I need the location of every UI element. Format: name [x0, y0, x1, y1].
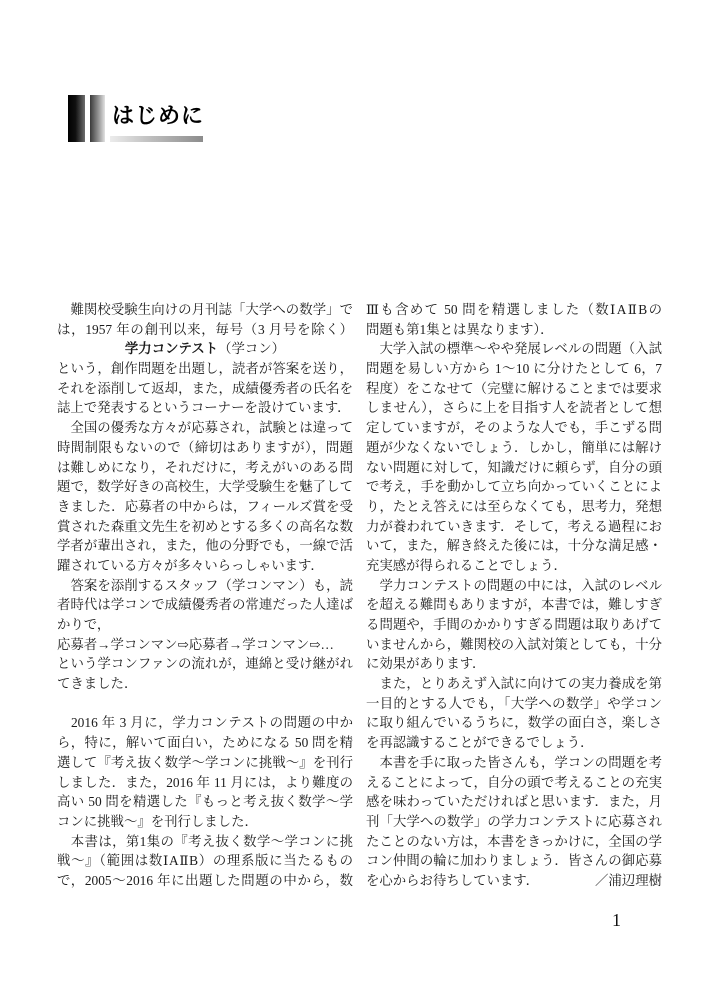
text-line: たことのない方は，本書をきっかけに，全国の学 — [366, 832, 662, 852]
text-line: 学力コンテスト（学コン） — [57, 339, 353, 359]
text-line: コン仲間の輪に加わりましょう．皆さんの御応募 — [366, 851, 662, 871]
text-line: 本書は，第1集の『考え抜く数学〜学コンに挑 — [57, 832, 353, 852]
text-column-right: Ⅲも含めて 50 問を精選しました（数ⅠAⅡBの問題も第1集とは異なります）． … — [366, 300, 662, 891]
text-line: 程度）をこなせて（完璧に解けることまでは要求 — [366, 379, 662, 399]
text-line: ら，特に，解いて面白い，ためになる 50 問を精 — [57, 733, 353, 753]
text-line: 賞された森重文先生を初めとする多くの高名な数 — [57, 517, 353, 537]
text-line: 刊「大学への数学」の学力コンテストに応募され — [366, 812, 662, 832]
text-line: は，1957 年の創刊以来，毎号（3 月号を除く） — [57, 320, 353, 340]
text-line: ない問題に対して，知識だけに頼らず，自分の頭 — [366, 458, 662, 478]
text-line: 力が養われていきます．そして，考える過程にお — [366, 517, 662, 537]
text-line: 戦〜』（範囲は数ⅠAⅡB）の理系版に当たるもの — [57, 851, 353, 871]
text-line: る問題や，手間のかかりすぎる問題は取りあげて — [366, 615, 662, 635]
text-line: きました．応募者の中からは，フィールズ賞を受 — [57, 497, 353, 517]
text-line: 時間制限もないので（締切はありますが），問題 — [57, 438, 353, 458]
text-line: 問題も第1集とは異なります）． — [366, 320, 662, 340]
text-line: 選して『考え抜く数学〜学コンに挑戦〜』を刊行 — [57, 753, 353, 773]
text-column-left: 難関校受験生向けの月刊誌「大学への数学」では，1957 年の創刊以来，毎号（3 … — [57, 300, 353, 891]
text-line: それを添削して返却，また，成績優秀者の氏名を — [57, 379, 353, 399]
text-line: という，創作問題を出題し，読者が答案を送り， — [57, 359, 353, 379]
closing-sentence: を心からお待ちしています． — [366, 871, 539, 891]
text-line: 学者が輩出され，また，他の分野でも，一線で活 — [57, 536, 353, 556]
text-line: は難しめになり，それだけに，考えがいのある問 — [57, 458, 353, 478]
text-line: いて，また，解き終えた後には，十分な満足感・ — [366, 536, 662, 556]
text-line: 2016 年 3 月に，学力コンテストの問題の中か — [57, 713, 353, 733]
text-line: えることによって，自分の頭で考えることの充実 — [366, 773, 662, 793]
text-line: 感を味わっていただければと思います．また，月 — [366, 792, 662, 812]
text-line: 題が少なくないでしょう．しかし，簡単には解け — [366, 438, 662, 458]
text-line: また，とりあえず入試に向けての実力養成を第 — [366, 674, 662, 694]
text-line: で考え，手を動かして立ち向かっていくことによ — [366, 477, 662, 497]
text-line: 一目的とする人でも，「大学への数学」や学コン — [366, 694, 662, 714]
header-accent-bar-dark — [68, 95, 85, 142]
text-line — [57, 694, 353, 714]
text-line: を超える難問もありますが，本書では，難しすぎ — [366, 595, 662, 615]
text-line: を心からお待ちしています．／浦辺理樹 — [366, 871, 662, 891]
text-line: 題で，数学好きの高校生，大学受験生を魅了して — [57, 477, 353, 497]
text-line: 高い 50 問を精選した『もっと考え抜く数学〜学 — [57, 792, 353, 812]
text-line: 者時代は学コンで成績優秀者の常連だった人達ば — [57, 595, 353, 615]
text-line: で，2005〜2016 年に出題した問題の中から，数 — [57, 871, 353, 891]
page-number: 1 — [612, 911, 621, 929]
text-line: 躍されている方々が多々いらっしゃいます． — [57, 556, 353, 576]
page-title: はじめに — [112, 103, 204, 129]
text-line: 難関校受験生向けの月刊誌「大学への数学」で — [57, 300, 353, 320]
text-line: 充実感が得られることでしょう． — [366, 556, 662, 576]
text-line: 誌上で発表するというコーナーを設けています． — [57, 398, 353, 418]
book-page: はじめに 難関校受験生向けの月刊誌「大学への数学」では，1957 年の創刊以来，… — [0, 0, 708, 1000]
text-line: り，たとえ答えには至らなくても，思考力，発想 — [366, 497, 662, 517]
text-line: を再認識することができるでしょう． — [366, 733, 662, 753]
text-line: いませんから，難関校の入試対策としても，十分 — [366, 635, 662, 655]
title-underline-bar — [110, 136, 203, 142]
text-line: に効果があります． — [366, 654, 662, 674]
emphasis-heading: 学力コンテスト — [125, 341, 218, 356]
header-accent-bar-light — [90, 95, 105, 142]
text-line: てきました． — [57, 674, 353, 694]
text-line: 応募者→学コンマン⇨応募者→学コンマン⇨… — [57, 635, 353, 655]
author-signature: ／浦辺理樹 — [595, 871, 662, 891]
text-line: 定していますが，そのような人でも，手こずる問 — [366, 418, 662, 438]
text-line: しません），さらに上を目指す人を読者として想 — [366, 398, 662, 418]
text-line: 答案を添削するスタッフ（学コンマン）も，読 — [57, 576, 353, 596]
text-line: コンに挑戦〜』を刊行しました． — [57, 812, 353, 832]
text-line: という学コンファンの流れが，連綿と受け継がれ — [57, 654, 353, 674]
text-line: かりで， — [57, 615, 353, 635]
text-line: Ⅲも含めて 50 問を精選しました（数ⅠAⅡBの — [366, 300, 662, 320]
text-line: に取り組んでいるうちに，数学の面白さ，楽しさ — [366, 713, 662, 733]
text-line: 本書を手に取った皆さんも，学コンの問題を考 — [366, 753, 662, 773]
text-line: 全国の優秀な方々が応募され，試験とは違って — [57, 418, 353, 438]
text-line: 大学入試の標準〜やや発展レベルの問題（入試 — [366, 339, 662, 359]
text-line: しました．また，2016 年 11 月には，より難度の — [57, 773, 353, 793]
text-line: 学力コンテストの問題の中には，入試のレベル — [366, 576, 662, 596]
emphasis-tail: （学コン） — [218, 341, 285, 356]
text-line: 問題を易しい方から 1〜10 に分けたとして 6，7 — [366, 359, 662, 379]
